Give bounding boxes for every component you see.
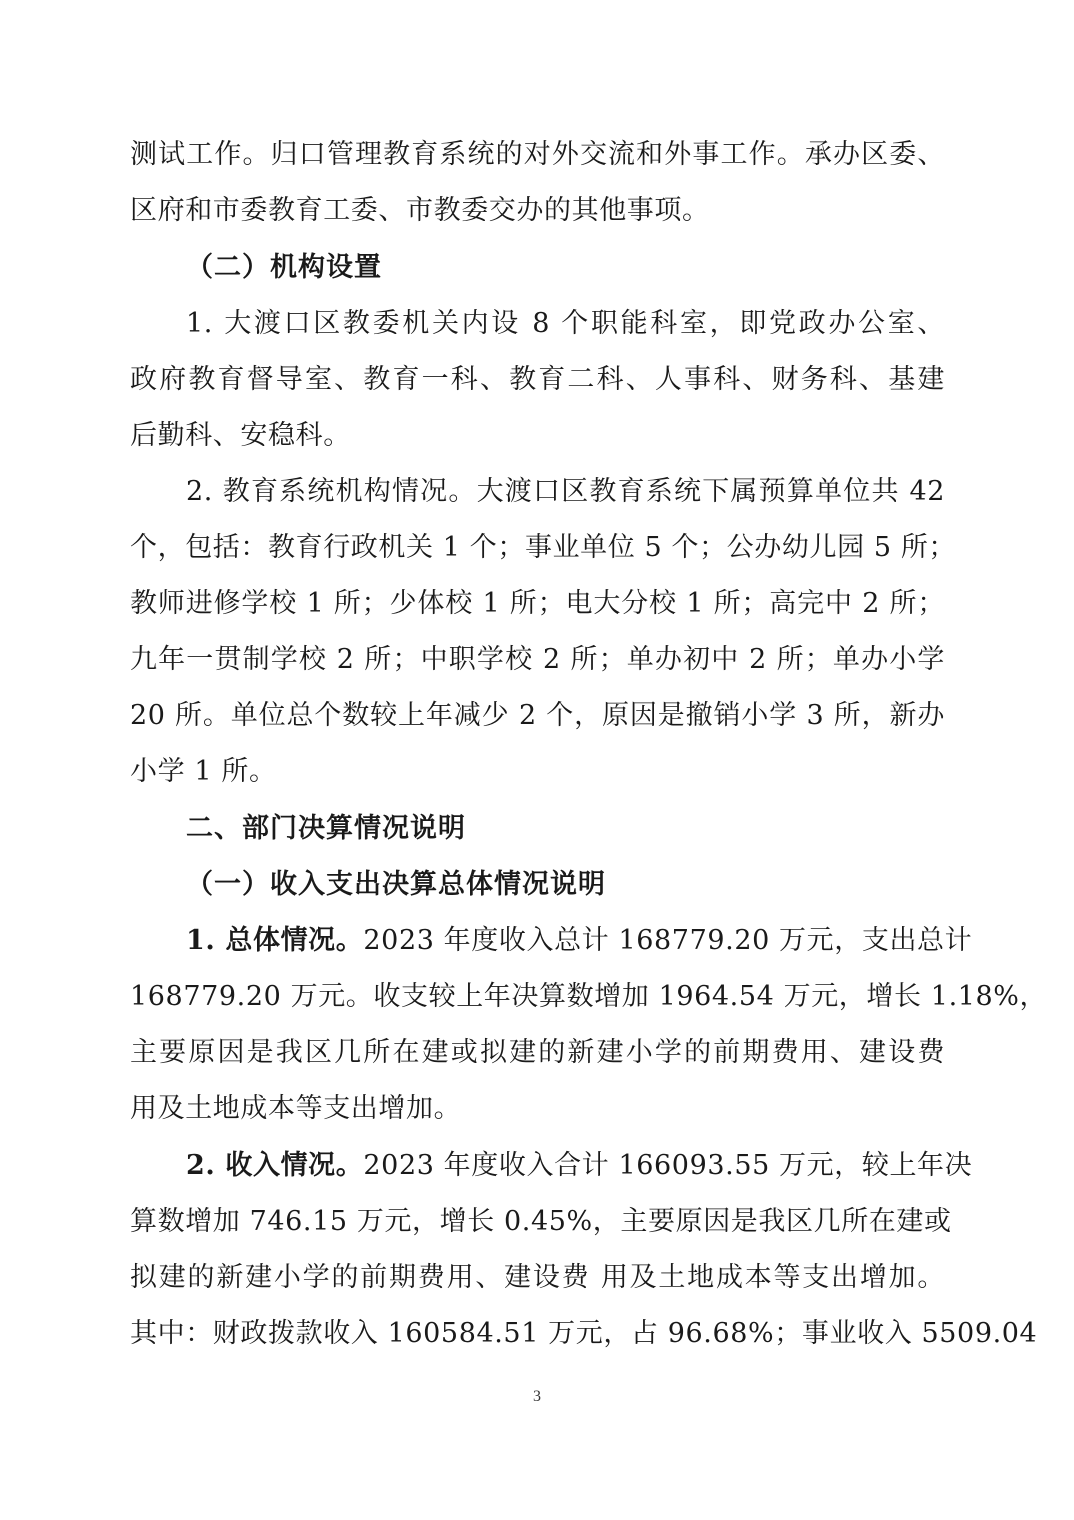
- body-text-line: 九年一贯制学校 2 所；中职学校 2 所；单办初中 2 所；单办小学: [130, 642, 945, 678]
- subsection-heading-income-expenditure: （一）收入支出决算总体情况说明: [186, 867, 945, 903]
- body-text-line: 其中：财政拨款收入 160584.51 万元，占 96.68%；事业收入 550…: [130, 1316, 945, 1352]
- body-text-line: 168779.20 万元。收支较上年决算数增加 1964.54 万元，增长 1.…: [130, 979, 945, 1015]
- page-number: 3: [0, 1388, 1074, 1406]
- body-text-line: 1. 大渡口区教委机关内设 8 个职能科室，即党政办公室、: [186, 306, 945, 342]
- body-text-line: 1. 总体情况。2023 年度收入总计 168779.20 万元，支出总计: [186, 923, 945, 959]
- paragraph-lead-income: 2. 收入情况。: [186, 1150, 363, 1181]
- body-text-line: 政府教育督导室、教育一科、教育二科、人事科、财务科、基建: [130, 362, 945, 398]
- body-text-line: 小学 1 所。: [130, 754, 945, 790]
- body-text-line: 个，包括：教育行政机关 1 个；事业单位 5 个；公办幼儿园 5 所；: [130, 530, 945, 566]
- paragraph-lead-overall: 1. 总体情况。: [186, 925, 363, 956]
- body-text-line: 2. 收入情况。2023 年度收入合计 166093.55 万元，较上年决: [186, 1148, 945, 1184]
- paragraph-text: 2023 年度收入总计 168779.20 万元，支出总计: [363, 925, 972, 956]
- body-text-line: 拟建的新建小学的前期费用、建设费 用及土地成本等支出增加。: [130, 1260, 945, 1296]
- section-heading-org-setup: （二）机构设置: [186, 250, 945, 286]
- section-heading-final-accounts: 二、部门决算情况说明: [186, 811, 945, 847]
- body-text-line: 后勤科、安稳科。: [130, 418, 945, 454]
- document-page: 测试工作。归口管理教育系统的对外交流和外事工作。承办区委、 区府和市委教育工委、…: [0, 0, 1074, 1520]
- body-text-line: 主要原因是我区几所在建或拟建的新建小学的前期费用、建设费: [130, 1035, 945, 1071]
- body-text-line: 测试工作。归口管理教育系统的对外交流和外事工作。承办区委、: [130, 137, 945, 173]
- body-text-line: 算数增加 746.15 万元，增长 0.45%，主要原因是我区几所在建或: [130, 1204, 945, 1240]
- paragraph-text: 2023 年度收入合计 166093.55 万元，较上年决: [363, 1150, 972, 1181]
- body-text-line: 2. 教育系统机构情况。大渡口区教育系统下属预算单位共 42: [186, 474, 945, 510]
- body-text-line: 用及土地成本等支出增加。: [130, 1091, 945, 1127]
- body-text-line: 20 所。单位总个数较上年减少 2 个，原因是撤销小学 3 所，新办: [130, 698, 945, 734]
- body-text-line: 教师进修学校 1 所；少体校 1 所；电大分校 1 所；高完中 2 所；: [130, 586, 945, 622]
- body-text-line: 区府和市委教育工委、市教委交办的其他事项。: [130, 193, 945, 229]
